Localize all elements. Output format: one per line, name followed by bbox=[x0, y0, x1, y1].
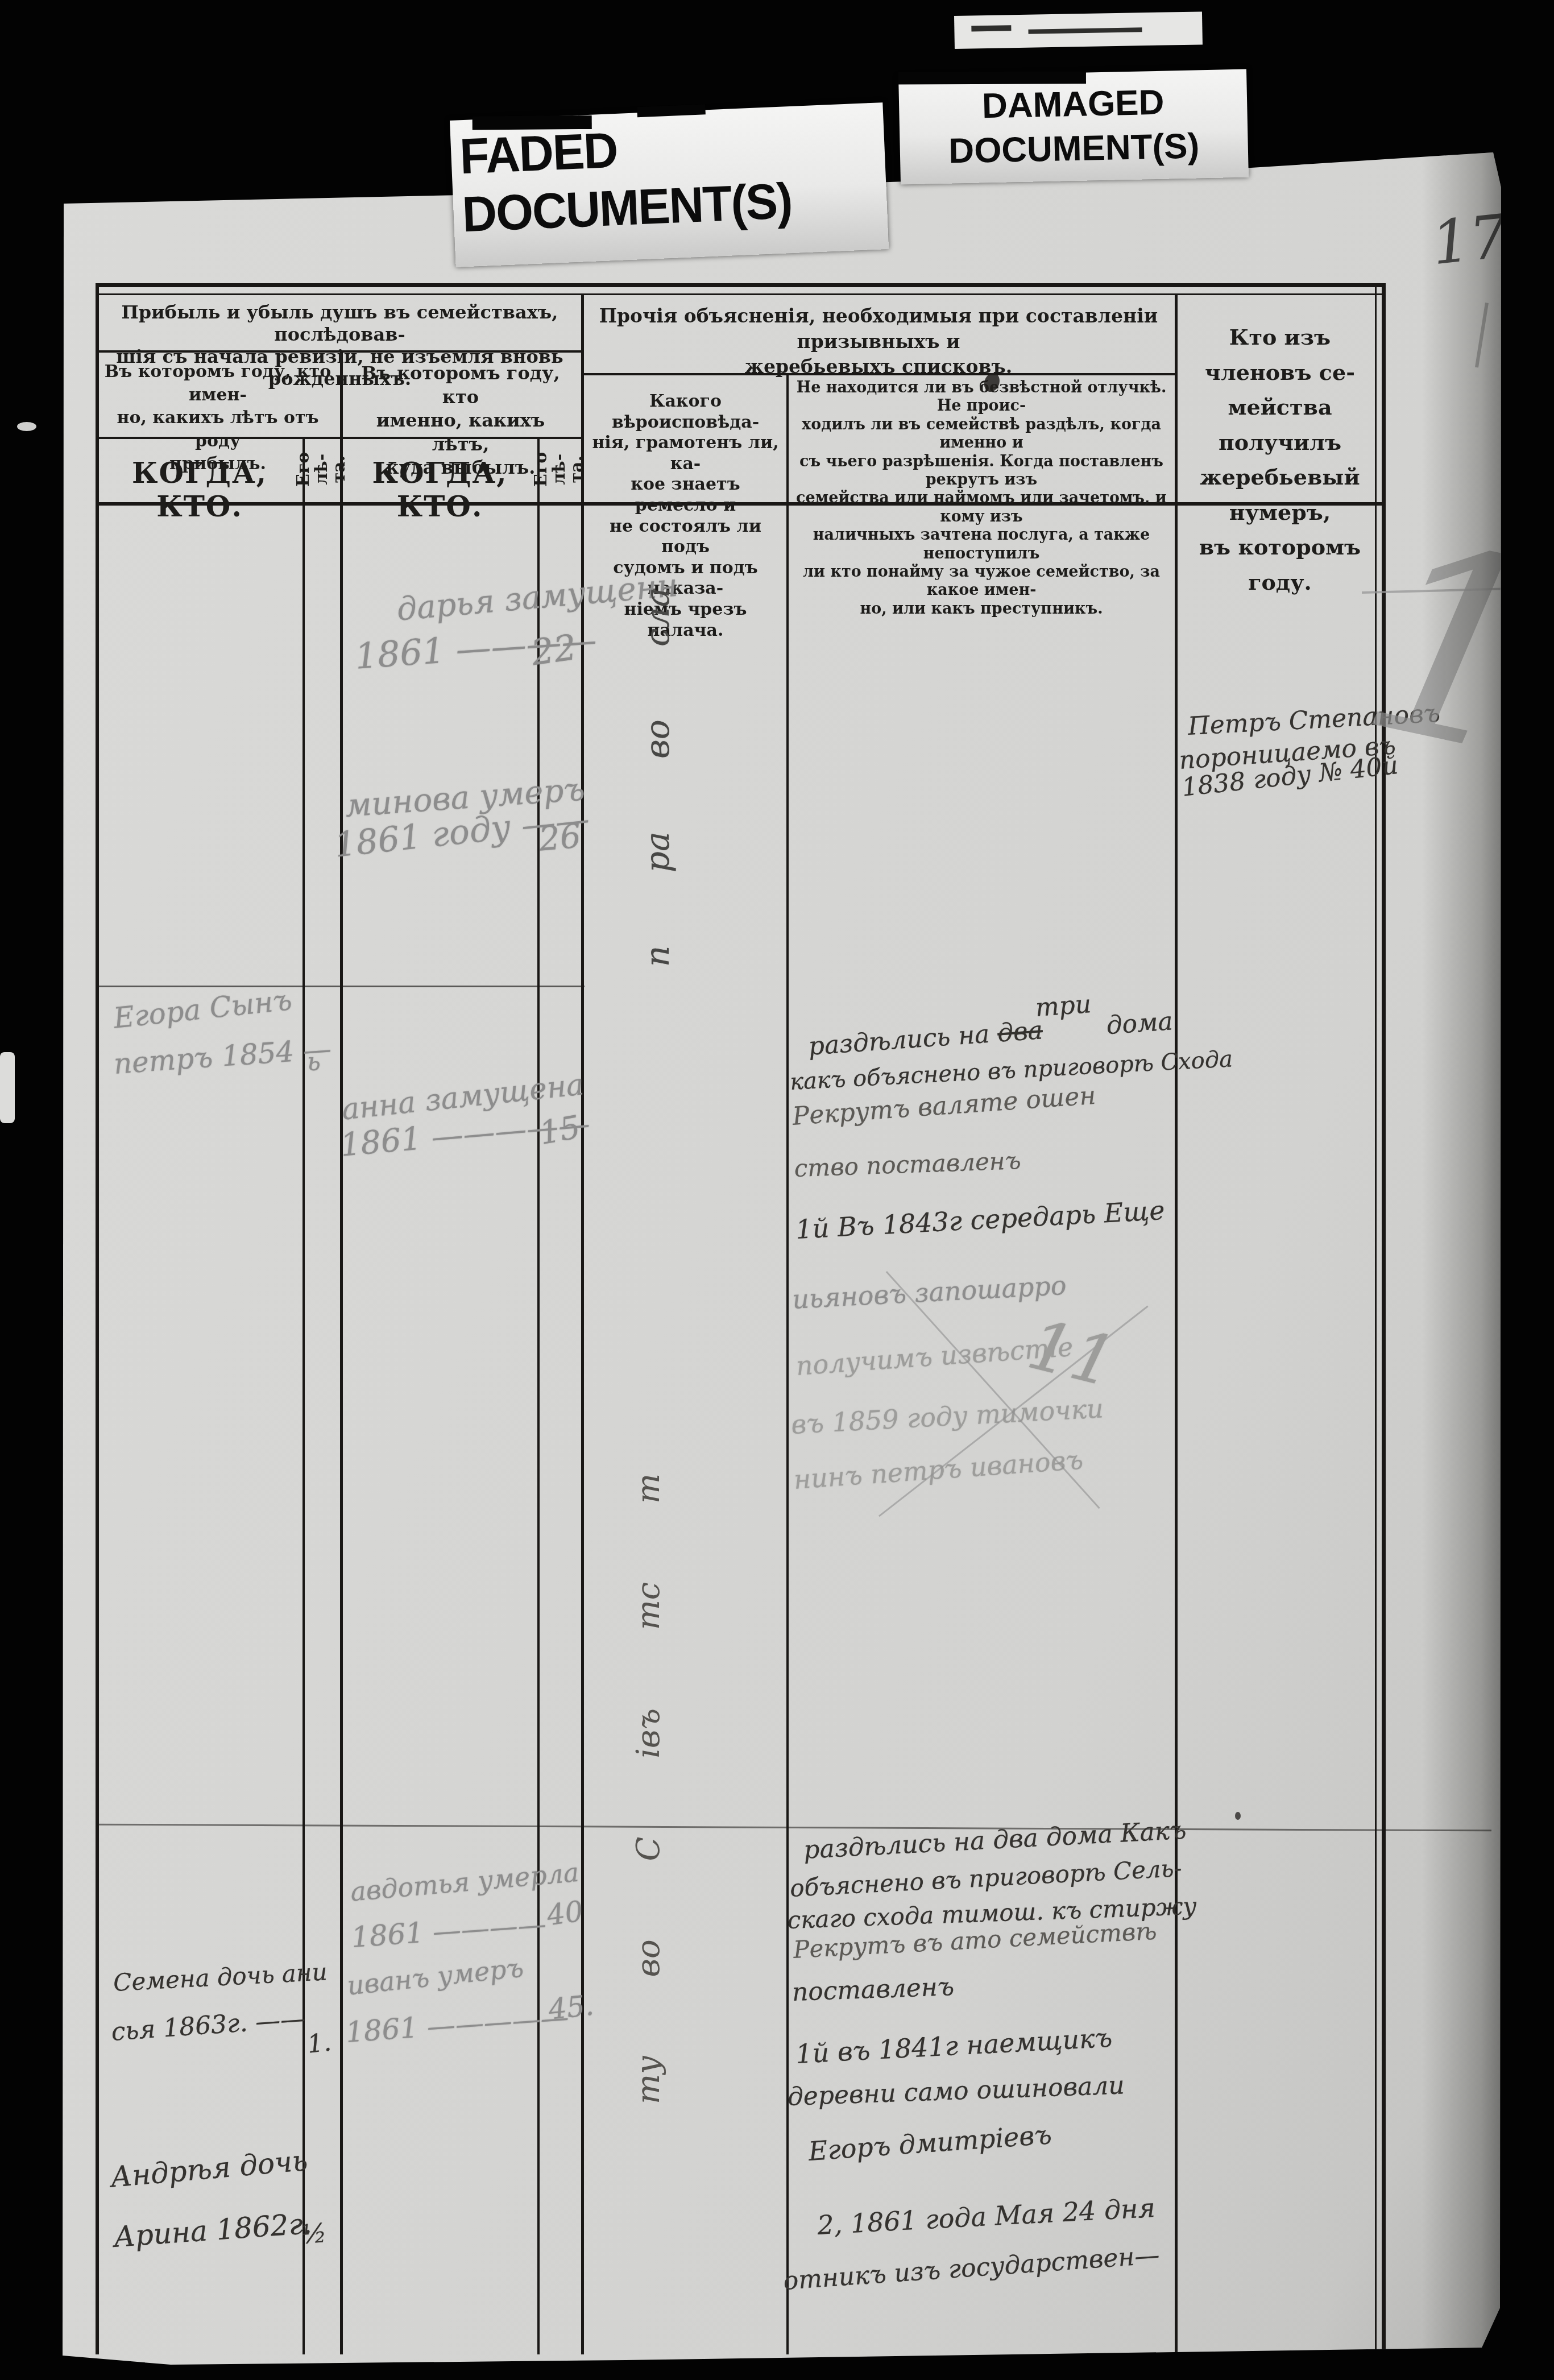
handwriting-arrived-entry: Егора Сынъ bbox=[112, 983, 293, 1035]
handwriting-note-line: деревни само ошиновали bbox=[787, 2071, 1125, 2112]
body-divider-2 bbox=[96, 1824, 1491, 1832]
col2-age-divider bbox=[537, 437, 540, 2354]
table-top-rule-inner bbox=[96, 293, 1386, 295]
handwriting-age-value: ½ bbox=[300, 2217, 328, 2250]
handwriting-note-line: 2, 1861 года Мая 24 дня bbox=[817, 2192, 1156, 2241]
header-absence-column: Не находится ли въ безвѣстной отлучкѣ. Н… bbox=[794, 379, 1169, 618]
handwriting-age-value: 40 bbox=[545, 1894, 585, 1932]
handwriting-departed-entry: 1861 ———— bbox=[350, 1907, 547, 1954]
table-left-border bbox=[96, 284, 99, 2354]
handwriting-age-value: 22 bbox=[529, 626, 579, 673]
note-text: дома bbox=[1097, 1007, 1174, 1041]
handwriting-age-value: 26 bbox=[537, 817, 582, 859]
faded-document-sticker: FADED DOCUMENT(S) bbox=[450, 102, 889, 267]
handwriting-note-line: поставленъ bbox=[791, 1972, 955, 2007]
table-top-rule-outer bbox=[96, 283, 1386, 287]
page-edge-shadow bbox=[1422, 148, 1501, 2354]
handwriting-departed-entry: 1861 ————— bbox=[345, 2001, 570, 2049]
damaged-sticker-label-line1: DAMAGED bbox=[981, 81, 1165, 129]
col1-col2-divider bbox=[340, 350, 343, 2354]
sticker-torn-edge bbox=[898, 71, 1086, 84]
header-lottery-column: Кто изъ членовъ се- мейства получилъ жер… bbox=[1186, 320, 1374, 599]
handwriting-age-value: 45. bbox=[547, 1989, 595, 2026]
handwriting-note-line: въ 1859 году тимочки bbox=[790, 1393, 1104, 1440]
handwriting-note-line: отникъ изъ государствен— bbox=[782, 2241, 1161, 2296]
header-when-who-2: КОГДА, КТО. bbox=[342, 456, 537, 523]
handwriting-departed-entry: иванъ умеръ bbox=[346, 1952, 525, 2001]
scan-artifact bbox=[0, 1052, 15, 1123]
handwriting-arrived-entry: Семена дочь ани bbox=[113, 1957, 328, 1997]
sticker-torn-edge bbox=[637, 104, 706, 117]
header-his-years-1: Его лѣ- та. bbox=[302, 437, 340, 502]
header-when-who-1: КОГДА, КТО. bbox=[97, 456, 302, 523]
handwriting-arrived-entry: петръ 1854 — bbox=[113, 1032, 333, 1081]
col1-age-divider bbox=[302, 437, 305, 2354]
scan-artifact bbox=[17, 422, 36, 431]
handwriting-age-value: 15 bbox=[537, 1109, 583, 1152]
inserted-word: три bbox=[1034, 990, 1092, 1023]
col3-col4-divider bbox=[786, 373, 789, 2354]
scanned-page: Прибыль и убыль душъ въ семействахъ, пос… bbox=[0, 0, 1554, 2380]
handwriting-note-line: 1й въ 1841г наемщикъ bbox=[795, 2022, 1113, 2069]
handwriting-arrived-entry: Андрѣя дочь bbox=[109, 2144, 309, 2194]
handwriting-age-value: ь bbox=[307, 1048, 321, 1077]
ink-blot bbox=[1235, 1812, 1241, 1820]
note-text: раздѣлись на bbox=[807, 1019, 998, 1061]
vertical-handwriting-faith: ту во С івъ тс т bbox=[630, 1354, 667, 2104]
damaged-document-sticker: DAMAGED DOCUMENT(S) bbox=[898, 69, 1249, 185]
handwriting-note-line: ство поставленъ bbox=[794, 1146, 1021, 1182]
header-his-years-2: Его лѣ- та. bbox=[537, 437, 581, 502]
handwriting-arrived-entry: сья 1863г. —— bbox=[110, 2004, 306, 2047]
header-middle-span: Прочія объясненія, необходимыя при соста… bbox=[589, 304, 1168, 380]
handwriting-arrived-entry: Арина 1862г. bbox=[113, 2207, 313, 2254]
col4-col5-divider bbox=[1175, 293, 1178, 2354]
his-years-label: Его лѣ- та. bbox=[295, 451, 349, 489]
label-smudge bbox=[971, 25, 1011, 31]
handwriting-age-value: 1. bbox=[306, 2028, 333, 2059]
damaged-sticker-label-line2: DOCUMENT(S) bbox=[948, 124, 1200, 173]
handwriting-note-line: иьяновъ запошарро bbox=[791, 1270, 1067, 1315]
handwriting-note-line: 1й Въ 1843г середарь Еще bbox=[795, 1195, 1166, 1245]
document-paper: Прибыль и убыль душъ въ семействахъ, пос… bbox=[0, 0, 1554, 2380]
pencil-note-mark: 11 bbox=[1020, 1305, 1124, 1403]
vertical-handwriting-faith: п ра во сла bbox=[638, 512, 677, 967]
table-right-border-inner bbox=[1375, 284, 1377, 2354]
torn-label-strip bbox=[954, 11, 1203, 49]
his-years-label: Его лѣ- та. bbox=[532, 448, 586, 491]
label-smudge bbox=[1028, 27, 1142, 34]
faded-sticker-label: FADED DOCUMENT(S) bbox=[459, 110, 879, 243]
handwriting-note-line: Егоръ дмитріевъ bbox=[807, 2119, 1052, 2167]
